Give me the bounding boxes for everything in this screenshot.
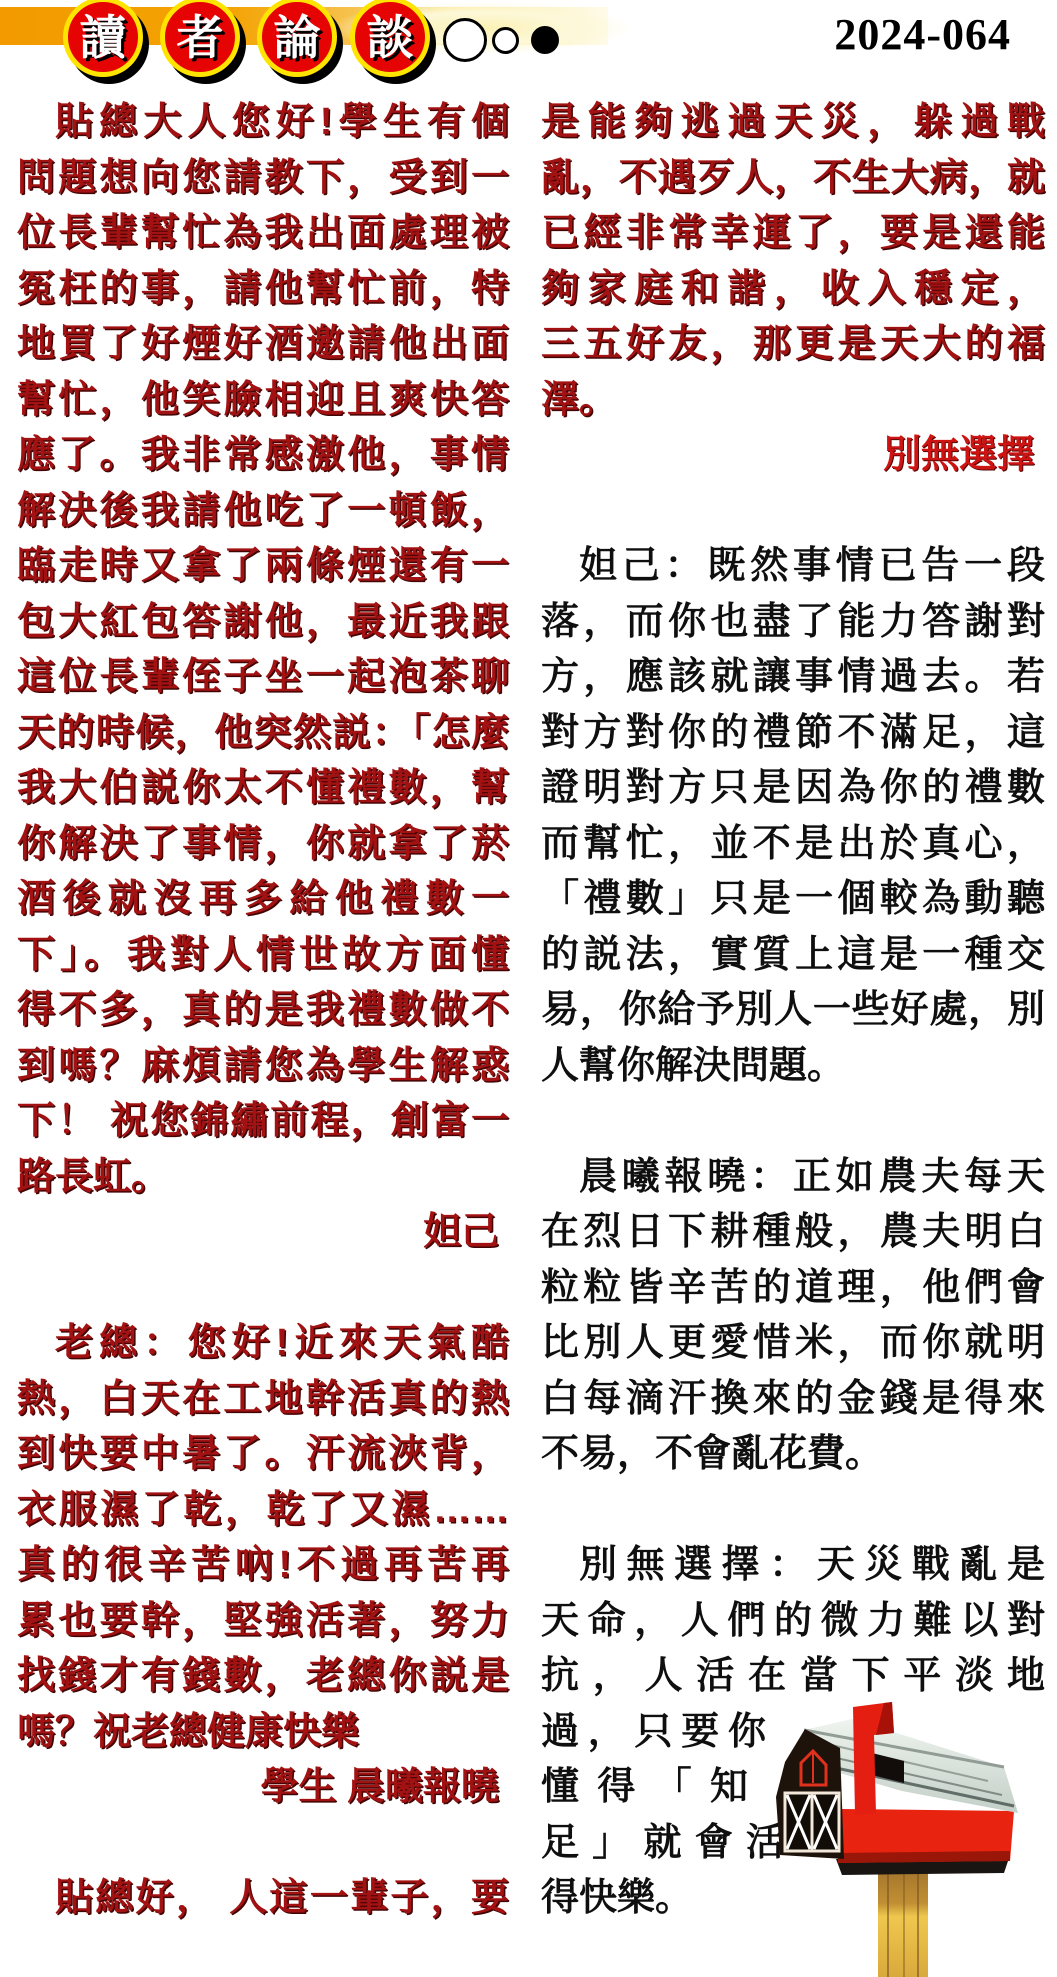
text-line-right-18 [541,1094,1045,1150]
text-line-left-25: 衣服濕了乾，乾了又濕…… [17,1483,509,1539]
text-line-left-24: 到快要中暑了。汗流浹背， [17,1427,509,1483]
column-left: 貼總大人您好!學生有個問題想向您請教下，受到一位長輩幫忙為我出面處理被冤枉的事，… [17,95,509,1927]
logo-circle-2: 者 [160,0,240,77]
text-line-right-30: 懂得「知 [541,1760,748,1816]
text-line-left-15: 下」。我對人情世故方面懂 [17,928,509,984]
text-line-right-14: 「禮數」只是一個較為動聽 [541,872,1045,928]
column-right: 是能夠逃過天災，躲過戰亂，不遇歹人，不生大病，就已經非常幸運了，要是還能夠家庭和… [541,95,1045,1927]
text-line-left-5: 幫忙，他笑臉相迎且爽快答 [17,373,509,429]
text-line-right-26: 別無選擇：天災戰亂是 [541,1538,1045,1594]
text-line-right-23: 白每滴汗換來的金錢是得來 [541,1372,1045,1428]
text-line-right-29: 過，只要你 [541,1705,766,1761]
logo-char-4: 談 [367,14,414,61]
text-line-left-27: 累也要幹，堅強活著，努力 [17,1594,509,1650]
text-line-right-16: 易，你給予別人一些好處，別 [541,983,1045,1039]
barn-mailbox-icon [752,1693,1057,1977]
text-line-right-2: 已經非常幸運了，要是還能 [541,206,1045,262]
text-line-left-21 [17,1261,509,1317]
text-line-right-19: 晨曦報曉：正如農夫每天 [541,1150,1045,1206]
logo-char-1: 讀 [80,14,127,61]
text-line-right-8: 妲己：既然事情已告一段 [541,539,1045,595]
text-line-left-20: 妲己 [17,1205,509,1261]
text-line-right-17: 人幫你解決問題。 [541,1039,1045,1095]
text-line-left-0: 貼總大人您好!學生有個 [17,95,509,151]
text-line-right-1: 亂，不遇歹人，不生大病，就 [541,151,1045,207]
text-line-left-4: 地買了好煙好酒邀請他出面 [17,317,509,373]
text-line-right-12: 證明對方只是因為你的禮數 [541,761,1045,817]
text-line-left-29: 嗎？祝老總健康快樂 [17,1705,509,1761]
logo-circle-4: 談 [350,0,430,77]
text-line-left-13: 你解決了事情，你就拿了菸 [17,817,509,873]
text-line-right-3: 夠家庭和諧，收入穩定， [541,262,1045,318]
text-line-left-14: 酒後就沒再多給他禮數一 [17,872,509,928]
text-line-left-11: 天的時候，他突然説：「怎麼 [17,706,509,762]
text-line-left-9: 包大紅包答謝他，最近我跟 [17,595,509,651]
text-line-left-10: 這位長輩侄子坐一起泡茶聊 [17,650,509,706]
text-line-right-31: 足」就會活 [541,1816,784,1872]
logo-circle-3: 論 [257,0,337,77]
text-line-left-22: 老總：您好!近來天氣酷 [17,1316,509,1372]
text-line-right-21: 粒粒皆辛苦的道理，他們會 [541,1261,1045,1317]
text-line-right-0: 是能夠逃過天災，躲過戰 [541,95,1045,151]
text-line-right-11: 對方對你的禮節不滿足，這 [541,706,1045,762]
speech-bubble-dot-icon [531,26,559,54]
text-line-right-7 [541,484,1045,540]
text-line-left-1: 問題想向您請教下，受到一 [17,151,509,207]
speech-bubble-large-icon [443,18,487,62]
text-line-left-17: 到嗎？麻煩請您為學生解惑 [17,1039,509,1095]
text-line-left-26: 真的很辛苦吶!不過再苦再 [17,1538,509,1594]
text-line-left-16: 得不多，真的是我禮數做不 [17,983,509,1039]
text-line-right-10: 方，應該就讓事情過去。若 [541,650,1045,706]
speech-bubble-small-icon [492,27,519,54]
text-line-right-20: 在烈日下耕種般，農夫明白 [541,1205,1045,1261]
text-line-left-6: 應了。我非常感激他，事情 [17,428,509,484]
text-line-left-23: 熱，白天在工地幹活真的熱 [17,1372,509,1428]
text-line-right-27: 天命，人們的微力難以對 [541,1594,1045,1650]
text-line-left-8: 臨走時又拿了兩條煙還有一 [17,539,509,595]
text-line-left-18: 下！ 祝您錦繡前程，創富一 [17,1094,509,1150]
text-line-left-28: 找錢才有錢數，老總你説是 [17,1649,509,1705]
logo-circle-1: 讀 [63,0,143,77]
text-line-left-12: 我大伯説你太不懂禮數，幫 [17,761,509,817]
text-line-left-2: 位長輩幫忙為我出面處理被 [17,206,509,262]
text-line-left-19: 路長虹。 [17,1150,509,1206]
text-line-right-24: 不易，不會亂花費。 [541,1427,1045,1483]
logo-char-3: 論 [274,14,321,61]
text-line-right-6: 別無選擇 [541,428,1045,484]
text-line-right-13: 而幫忙，並不是出於真心， [541,817,1045,873]
text-line-right-25 [541,1483,1045,1539]
text-line-right-9: 落，而你也盡了能力答謝對 [541,595,1045,651]
text-line-left-31 [17,1816,509,1872]
text-line-left-3: 冤枉的事，請他幫忙前，特 [17,262,509,318]
text-line-right-22: 比別人更愛惜米，而你就明 [541,1316,1045,1372]
logo-char-2: 者 [177,14,224,61]
text-line-right-15: 的説法，實質上這是一種交 [541,928,1045,984]
issue-number: 2024-064 [834,9,1011,60]
text-line-right-5: 澤。 [541,373,1045,429]
text-line-right-4: 三五好友，那更是天大的福 [541,317,1045,373]
text-line-left-7: 解決後我請他吃了一頓飯， [17,484,509,540]
text-line-left-32: 貼總好， 人這一輩子，要 [17,1871,509,1927]
text-line-left-30: 學生 晨曦報曉 [17,1760,509,1816]
